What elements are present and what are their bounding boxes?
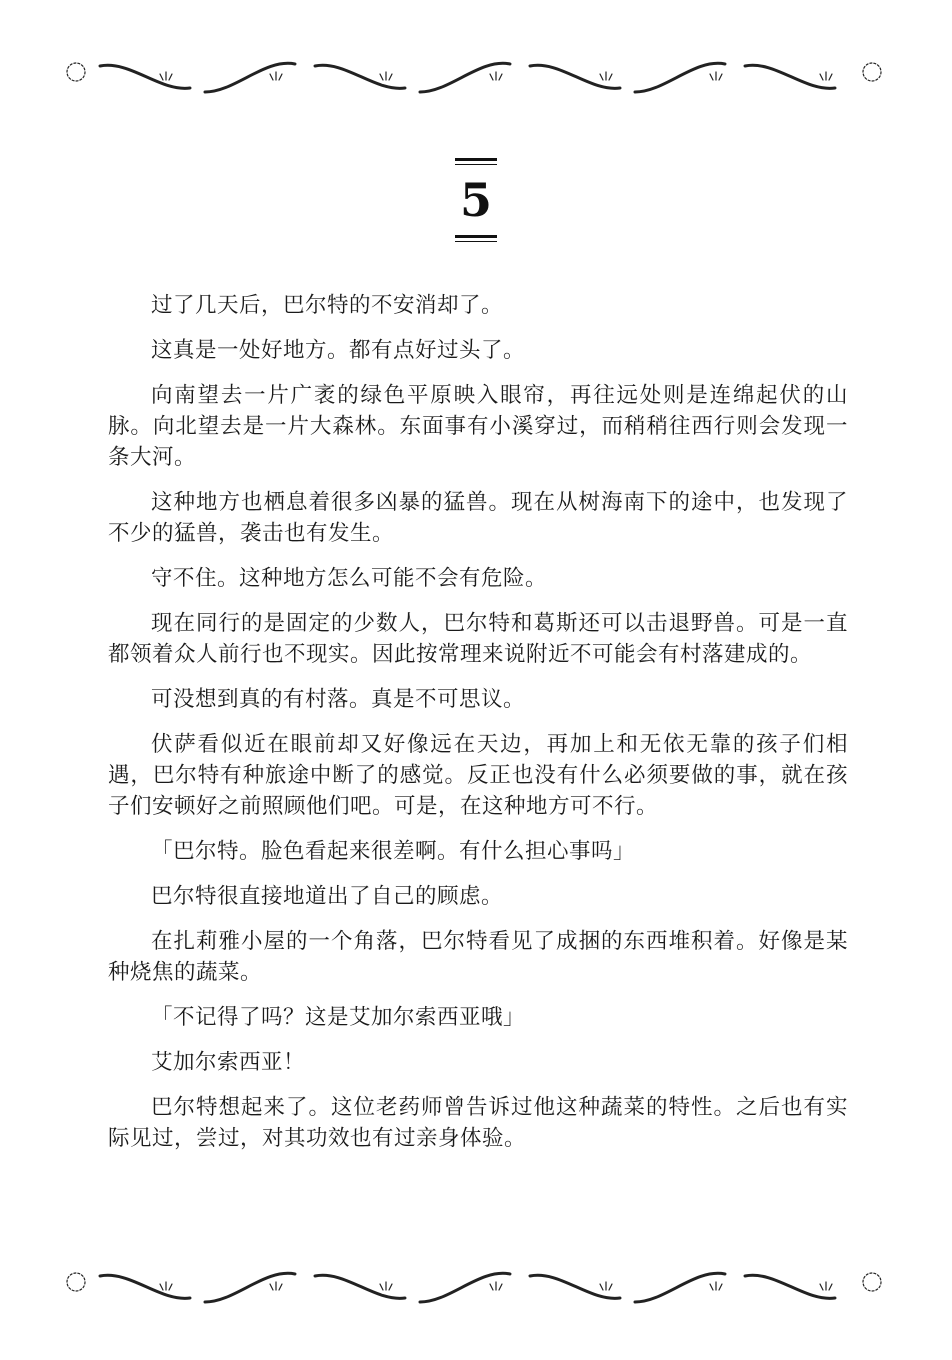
chapter-body: 过了几天后，巴尔特的不安消却了。 这真是一处好地方。都有点好过头了。 向南望去一… [108, 290, 848, 1168]
heading-rule-top [455, 158, 497, 165]
paragraph: 巴尔特想起来了。这位老药师曾告诉过他这种蔬菜的特性。之后也有实际见过，尝过，对其… [108, 1092, 848, 1154]
chapter-heading: 5 [0, 158, 952, 242]
paragraph: 现在同行的是固定的少数人，巴尔特和葛斯还可以击退野兽。可是一直都领着众人前行也不… [108, 608, 848, 670]
paragraph: 这真是一处好地方。都有点好过头了。 [108, 335, 848, 366]
paragraph: 可没想到真的有村落。真是不可思议。 [108, 684, 848, 715]
top-ornament-border [60, 52, 892, 102]
bottom-ornament-border [60, 1262, 892, 1312]
paragraph: 守不住。这种地方怎么可能不会有危险。 [108, 563, 848, 594]
paragraph: 巴尔特很直接地道出了自己的顾虑。 [108, 881, 848, 912]
paragraph: 艾加尔索西亚！ [108, 1047, 848, 1078]
dialogue-paragraph: 「巴尔特。脸色看起来很差啊。有什么担心事吗」 [108, 836, 848, 867]
scroll-ornament-icon [60, 1262, 892, 1312]
paragraph: 这种地方也栖息着很多凶暴的猛兽。现在从树海南下的途中，也发现了不少的猛兽，袭击也… [108, 487, 848, 549]
paragraph: 过了几天后，巴尔特的不安消却了。 [108, 290, 848, 321]
paragraph: 伏萨看似近在眼前却又好像远在天边，再加上和无依无靠的孩子们相遇，巴尔特有种旅途中… [108, 729, 848, 822]
dialogue-paragraph: 「不记得了吗？这是艾加尔索西亚哦」 [108, 1002, 848, 1033]
paragraph: 在扎莉雅小屋的一个角落，巴尔特看见了成捆的东西堆积着。好像是某种烧焦的蔬菜。 [108, 926, 848, 988]
heading-rule-bottom [455, 235, 497, 242]
scroll-ornament-icon [60, 52, 892, 102]
chapter-number: 5 [0, 169, 952, 231]
paragraph: 向南望去一片广袤的绿色平原映入眼帘，再往远处则是连绵起伏的山脉。向北望去是一片大… [108, 380, 848, 473]
